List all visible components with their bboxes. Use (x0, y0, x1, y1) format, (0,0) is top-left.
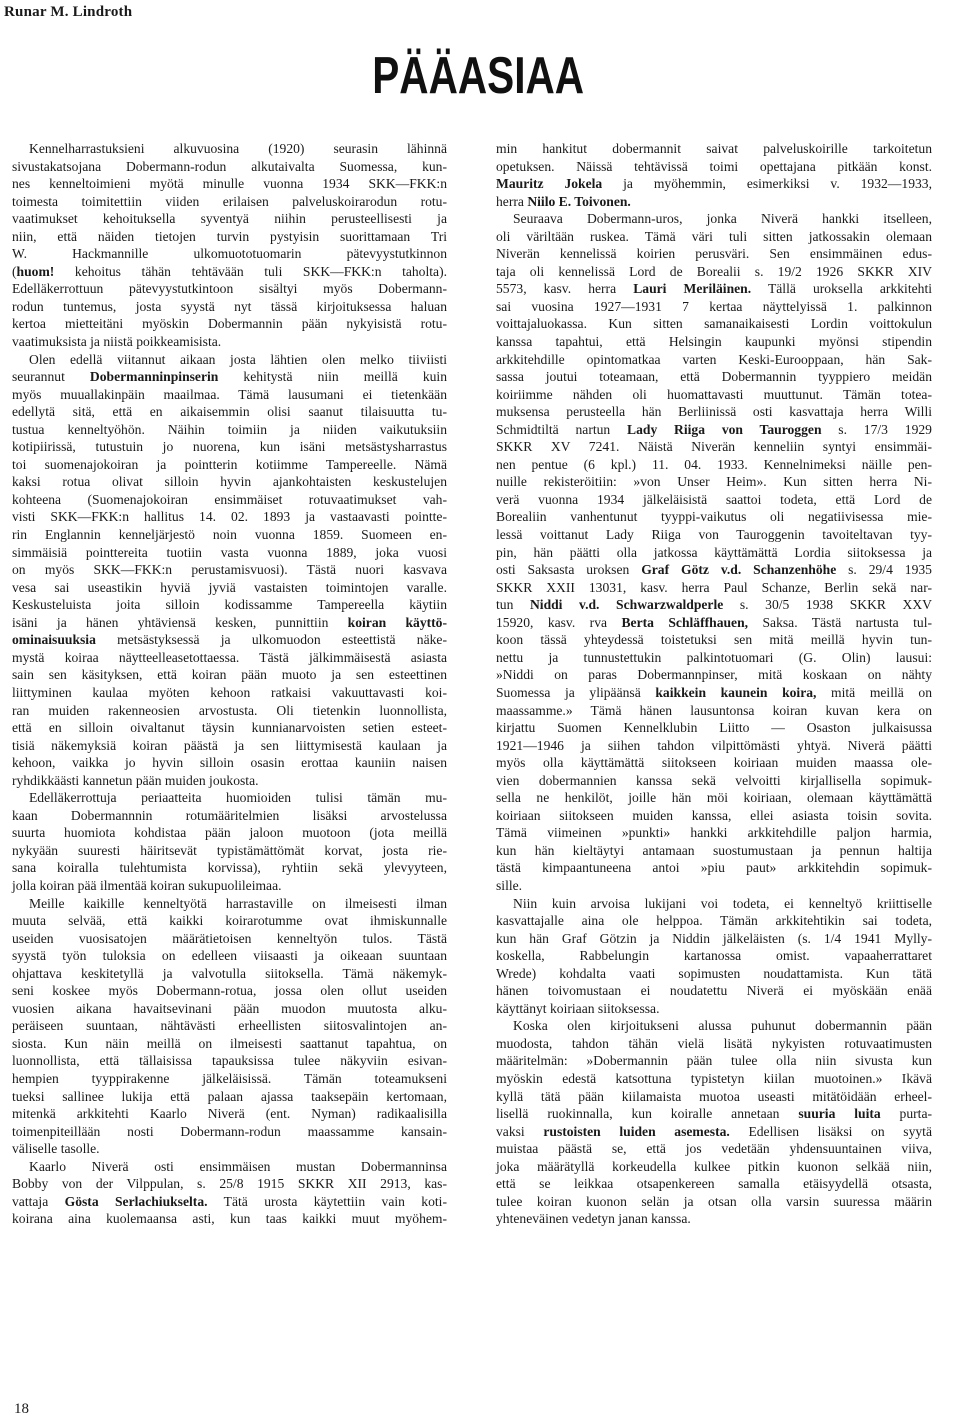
text-line: myöskin edestä katsottuna typistetyn kii… (496, 1070, 932, 1088)
text-line: SKKR XXII 13031, kasv. herra Paul Schanz… (496, 579, 932, 597)
text-line: toimesta toimitettiin viiden erilaisen p… (12, 193, 447, 211)
text-line: Meille kaikille kenneltyötä harrastavill… (12, 895, 447, 913)
text-line: isäni ja hänen yhtäviensä kesken, punnit… (12, 614, 447, 632)
text-line: väliselle tasolle. (12, 1140, 447, 1158)
text-line: nes kenneltoimieni myötä minulle vuonna … (12, 175, 447, 193)
text-line: pin, hän päätti olla jatkossa käyttämätt… (496, 544, 932, 562)
text-line: Suomessa ja ylipäänsä kaikkein kaunein k… (496, 684, 932, 702)
text-line: kun hän Graf Götzin ja Niddin jälkeläist… (496, 930, 932, 948)
text-line: että se leikkaa otsapenkereen samalla et… (496, 1175, 932, 1193)
text-line: muuta selvää, että kaikki koirarotumme o… (12, 912, 447, 930)
text-line: koiriimme nähden oli huomattavasti muutt… (496, 386, 932, 404)
text-line: luonnollista, että tällaisissa tapauksis… (12, 1052, 447, 1070)
text-line: Niin kuin arvoisa lukijani voi todeta, e… (496, 895, 932, 913)
text-line: Schmidtiltä nartun Lady Riiga von Taurog… (496, 421, 932, 439)
bold-emphasis: Mauritz Jokela (496, 176, 602, 191)
text-line: Bobby von der Vilppulan, s. 25/8 1915 SK… (12, 1175, 447, 1193)
text-line: 1921—1946 ja siihen tahdon vilpittömästi… (496, 737, 932, 755)
text-line: (huom! kehoitus tähän tehtävään tuli SKK… (12, 263, 447, 281)
text-line: hempien tyyppirakenne jälkeläisissä. Täm… (12, 1070, 447, 1088)
text-line: tustua kenneltyöhön. Näihin toimiin ja n… (12, 421, 447, 439)
bold-emphasis: Lauri Meriläinen. (633, 281, 751, 296)
text-line: Borealiin vanhentunut tyyppi-vaikutus ol… (496, 508, 932, 526)
bold-emphasis: Dobermanninpinserin (90, 369, 218, 384)
text-line: arkkitehdille opintomatkaa varten Keski-… (496, 351, 932, 369)
text-line: jolla koiran pää ilmentää koiran sukupuo… (12, 877, 447, 895)
text-line: herra Niilo E. Toivonen. (496, 193, 932, 211)
text-line: taja oli kennelissä Lord de Borealii s. … (496, 263, 932, 281)
text-line: myös olla käyttämättä siitokseen koiriaa… (496, 754, 932, 772)
text-line: on myös SKK—FKK:n perustamisvuosi). Täst… (12, 561, 447, 579)
text-line: Keskusteluista joita silloin kodissamme … (12, 596, 447, 614)
text-line: vaatimuksista ja niistä poikkeamisista. (12, 333, 447, 351)
bold-emphasis: Berta Schläffhauen, (621, 615, 748, 630)
text-line: sana koiralla tulehtumista korvissa), ry… (12, 859, 447, 877)
text-line: Niverän kennelissä koirien perusväri. Se… (496, 245, 932, 263)
text-line: koskella, Rabbelungin kartanossa omist. … (496, 947, 932, 965)
text-line: kun hän kieltäytyi antamaan suostumustaa… (496, 842, 932, 860)
text-line: ominaisuuksia metsästyksessä ja ulkomuod… (12, 631, 447, 649)
text-line: tun Niddi v.d. Schwarzwaldperle s. 30/5 … (496, 596, 932, 614)
text-line: koon tässä yhteydessä toistetuksi sen mi… (496, 631, 932, 649)
text-line: W. Hackmannille ulkomuototuomarin pätevy… (12, 245, 447, 263)
text-line: Tämä viimeinen »punkti» hankki arkkitehd… (496, 824, 932, 842)
text-line: joka määrätyllä korkeudella kulkee pitki… (496, 1158, 932, 1176)
text-line: muistaa päästä se, että jos vedetään yhd… (496, 1140, 932, 1158)
text-line: opetuksen. Näissä tehtävissä toimi opett… (496, 158, 932, 176)
text-line: kanssa tapahtui, että Helsingin kaupunki… (496, 333, 932, 351)
text-line: edellytä sitä, että en aikaisemmin olisi… (12, 403, 447, 421)
text-line: 5573, kasv. herra Lauri Meriläinen. Täll… (496, 280, 932, 298)
text-line: tisiä näkemyksiä koiran päästä ja sen li… (12, 737, 447, 755)
text-line: SKKR XV 7241. Näistä Niverän kenneliin s… (496, 438, 932, 456)
text-line: hänen toivomustaan ei noudatettu Niverä … (496, 982, 932, 1000)
text-line: kaksi rotua olivat silloin hyvin ajankoh… (12, 473, 447, 491)
text-line: koiriaan siitokseen muiden kanssa, ellei… (496, 807, 932, 825)
text-line: Kaarlo Niverä osti ensimmäisen mustan Do… (12, 1158, 447, 1176)
bold-emphasis: kaikkein kaunein koira, (655, 685, 816, 700)
left-column: Kennelharrastuksieni alkuvuosina (1920) … (12, 140, 447, 1228)
text-line: Edelläkerrottuun pätevyystutkintoon sisä… (12, 280, 447, 298)
text-line: myös muuallakinpäin maailmaa. Tämä lausu… (12, 386, 447, 404)
text-line: verä vuonna 1934 jälkeläisistä saattoi t… (496, 491, 932, 509)
text-line: vuosien aikana havaitsevinani pään muodo… (12, 1000, 447, 1018)
text-line: Wrede) kohdalta vaati sopimusten noudatt… (496, 965, 932, 983)
right-column: min hankitut dobermannit saivat palvelus… (496, 140, 932, 1228)
text-line: tulee koiran kuonon selän ja otsan olla … (496, 1193, 932, 1211)
text-line: kotipiirissä, tutustuin jo nuorena, kun … (12, 438, 447, 456)
text-line: tueksi sallinee lukija että palaan ajass… (12, 1088, 447, 1106)
text-line: sassa joutui toteamaan, että Dobermannin… (496, 368, 932, 386)
bold-emphasis: rustoisten luiden asemesta. (543, 1124, 729, 1139)
text-line: min hankitut dobermannit saivat palvelus… (496, 140, 932, 158)
text-line: toi suomenajokoiran ja pointterin kotiim… (12, 456, 447, 474)
text-line: mystä koiraa näytteelleasetottaessa. Täs… (12, 649, 447, 667)
text-line: sai vuosina 1927—1931 7 kertaa näyttelyi… (496, 298, 932, 316)
text-line: »Niddi on paras Dobermannpinser, mitä ko… (496, 666, 932, 684)
text-line: nuille rekisteröitiin: »von Unser Heim».… (496, 473, 932, 491)
text-line: kaan Dobermannnin rotumääritelmien lisäk… (12, 807, 447, 825)
article-title: PÄÄASIAA (106, 46, 849, 106)
text-line: Olen edellä viitannut aikaan josta lähti… (12, 351, 447, 369)
text-line: kertoa mietteitäni myöskin Dobermannin p… (12, 315, 447, 333)
bold-emphasis: Niilo E. Toivonen. (527, 194, 631, 209)
text-line: nykyään suuresti häiritsevät typistämätt… (12, 842, 447, 860)
text-line: nettu ja tunnustettukin palkintotuomari … (496, 649, 932, 667)
text-line: kohteena (Suomenajokoiran ensimmäiset ro… (12, 491, 447, 509)
text-line: useiden vuosisatojen määrätietoisen kenn… (12, 930, 447, 948)
text-line: ran muiden rakenneosien arvostusta. Oli … (12, 702, 447, 720)
text-line: lessä voittanut Lady Riiga von Tauroggen… (496, 526, 932, 544)
text-line: kirjattu Suomen Kennelklubin Liitto — Os… (496, 719, 932, 737)
text-line: syystä työn tuloksia on edelleen viisaas… (12, 947, 447, 965)
bold-emphasis: koiran käyttö- (348, 615, 447, 630)
text-line: maassamme.» Tämä hänen lausuntonsa koira… (496, 702, 932, 720)
text-line: Kennelharrastuksieni alkuvuosina (1920) … (12, 140, 447, 158)
bold-emphasis: suuria luita (798, 1106, 880, 1121)
text-line: kyllä tätä pään kiilamaista muotoa useas… (496, 1088, 932, 1106)
text-line: ohjattava keskitetyllä ja valvotulla sii… (12, 965, 447, 983)
text-line: toimenpiteillään nosti Dobermann-rodun m… (12, 1123, 447, 1141)
text-line: vien dobermannien kanssa sekä velvoitti … (496, 772, 932, 790)
bold-emphasis: Niddi v.d. Schwarzwaldperle (530, 597, 723, 612)
text-line: sivustakatsojana Dobermann-rodun alkutai… (12, 158, 447, 176)
text-line: muodosta, tahdon tähän vielä lisätä nyky… (496, 1035, 932, 1053)
author-name: Runar M. Lindroth (4, 4, 132, 21)
text-line: liittyminen kaulaa myöten kehoon ratkais… (12, 684, 447, 702)
text-line: kasvattajalle aina ole helppoa. Tämän ar… (496, 912, 932, 930)
text-line: koirana aina kuolemaansa asti, kun taas … (12, 1210, 447, 1228)
text-line: tästä kimpaantuneena antoi »piu paut» ar… (496, 859, 932, 877)
text-line: osti Saksasta uroksen Graf Götz v.d. Sch… (496, 561, 932, 579)
text-line: 15920, kasv. rva Berta Schläffhauen, Sak… (496, 614, 932, 632)
text-line: yhteneväinen vedetyn janan kanssa. (496, 1210, 932, 1228)
text-line: sain sen käsityksen, että koiran pään mu… (12, 666, 447, 684)
page-number: 18 (14, 1401, 29, 1418)
text-line: sella ne henkilöt, joille hän möi koiria… (496, 789, 932, 807)
text-line: rin Englannin kenneljärjestö noin vuonna… (12, 526, 447, 544)
text-line: käyttänyt koiriaan siitoksessa. (496, 1000, 932, 1018)
text-line: vattaja Gösta Serlachiukselta. Tätä uros… (12, 1193, 447, 1211)
text-line: määritelmän: »Dobermannin pään tulee oll… (496, 1052, 932, 1070)
text-line: peräiseen suuntaan, nähtävästi erheellis… (12, 1017, 447, 1035)
text-line: seni koskee myös Dobermann-rotua, jossa … (12, 982, 447, 1000)
bold-emphasis: Graf Götz v.d. Schanzenhöhe (641, 562, 836, 577)
text-line: niin, että näiden tietojen turvin pystyi… (12, 228, 447, 246)
text-line: muksensa perusteella hän Berliinissä ost… (496, 403, 932, 421)
text-line: voittajaluokassa. Kun sitten samanaikais… (496, 315, 932, 333)
text-line: visti SKK—FKK:n hallitus 14. 02. 1893 ja… (12, 508, 447, 526)
text-line: Seuraava Dobermann-uros, jonka Niverä ha… (496, 210, 932, 228)
bold-emphasis: Lady Riiga von Tauroggen (627, 422, 821, 437)
text-line: että en silloin oivaltanut täysin kunnia… (12, 719, 447, 737)
text-line: Mauritz Jokela ja myöhemmin, esimerkiksi… (496, 175, 932, 193)
bold-emphasis: ominaisuuksia (12, 632, 96, 647)
bold-emphasis: huom! (17, 264, 55, 279)
text-line: suurta huomiota kohdistaa pään jaloon mu… (12, 824, 447, 842)
text-line: oli väriltään ruskea. Tämä väri tuli sit… (496, 228, 932, 246)
text-line: simmäisiä pointtereita tuotiin vasta vuo… (12, 544, 447, 562)
text-line: Edelläkerrottuja periaatteita huomioiden… (12, 789, 447, 807)
text-line: ryhdikkäästi kannetun pään muiden joukos… (12, 772, 447, 790)
text-line: kehoon, vaikka jo hyvin silloin osasin e… (12, 754, 447, 772)
text-line: nen pentue (6 kpl.) 11. 04. 1933. Kennel… (496, 456, 932, 474)
text-line: vaksi rustoisten luiden asemesta. Edelli… (496, 1123, 932, 1141)
text-line: rodun tuntemus, josta syystä nyt tässä k… (12, 298, 447, 316)
text-line: seurannut Dobermanninpinserin kehitystä … (12, 368, 447, 386)
text-line: lisellä ruokinnalla, kun koiralle anneta… (496, 1105, 932, 1123)
bold-emphasis: Gösta Serlachiukselta. (65, 1194, 208, 1209)
text-line: vesa sai useastikin hyviä jyviä vastaist… (12, 579, 447, 597)
text-line: mitenkä arkkitehti Kaarlo Niverä (ent. N… (12, 1105, 447, 1123)
text-line: sille. (496, 877, 932, 895)
text-line: siosta. Kun näin meillä on ilmeisesti sa… (12, 1035, 447, 1053)
text-line: vaatimukset kehoituksella syventyä niihi… (12, 210, 447, 228)
text-line: Koska olen kirjoitukseni alussa puhunut … (496, 1017, 932, 1035)
